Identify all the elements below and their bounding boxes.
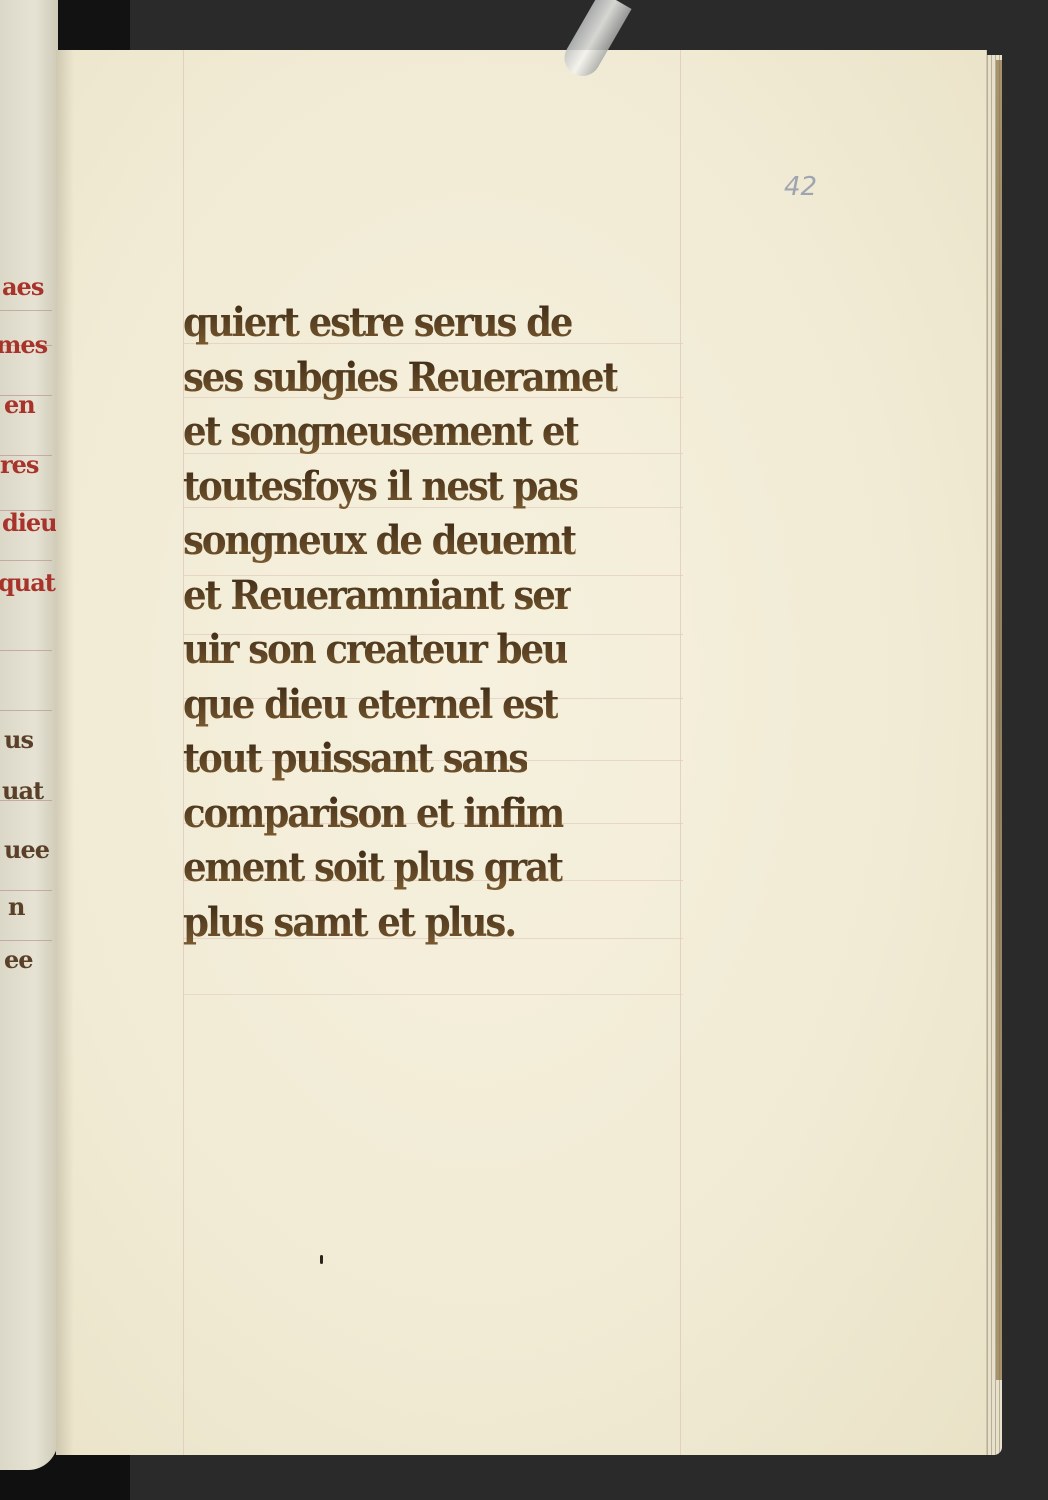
ruling-horizontal	[183, 994, 683, 995]
text-line: plus samt et plus.	[183, 896, 676, 951]
text-line: que dieu eternel est	[183, 678, 676, 733]
verso-text-red: quat	[0, 568, 55, 597]
verso-text-brown: n	[8, 892, 24, 921]
ruling-line	[0, 650, 52, 651]
verso-text-red: dieu	[2, 508, 57, 537]
text-line: et Reueramniant ser	[183, 569, 676, 624]
text-line: uir son createur beu	[183, 623, 676, 678]
text-line: ement soit plus grat	[183, 841, 676, 896]
ruling-line	[0, 310, 52, 311]
verso-text-red: mes	[0, 330, 47, 359]
text-line: songneux de deuemt	[183, 514, 676, 569]
verso-text-brown: uee	[4, 835, 49, 864]
ruling-line	[0, 940, 52, 941]
verso-text-brown: ee	[4, 945, 33, 974]
text-line: tout puissant sans	[183, 732, 676, 787]
text-line: comparison et infim	[183, 787, 676, 842]
ruling-line	[0, 890, 52, 891]
ink-speck	[320, 1255, 323, 1264]
gutter-shadow	[56, 50, 74, 1455]
ruling-line	[0, 560, 52, 561]
ruling-line	[0, 710, 52, 711]
verso-text-red: aes	[2, 272, 43, 301]
verso-page-edge: aes mes en res dieu quat us uat uee n ee	[0, 0, 58, 1470]
folio-number: 42	[784, 172, 817, 202]
page-edge-stain	[996, 60, 1002, 1380]
verso-text-brown: uat	[2, 776, 43, 805]
verso-text-red: res	[0, 450, 38, 479]
text-line: quiert estre serus de	[183, 296, 676, 351]
verso-text-red: en	[4, 390, 35, 419]
verso-text-brown: us	[4, 725, 33, 754]
text-line: et songneusement et	[183, 405, 676, 460]
text-line: toutesfoys il nest pas	[183, 460, 676, 515]
main-text-block: quiert estre serus de ses subgies Reuera…	[183, 296, 713, 950]
text-line: ses subgies Reueramet	[183, 351, 676, 406]
